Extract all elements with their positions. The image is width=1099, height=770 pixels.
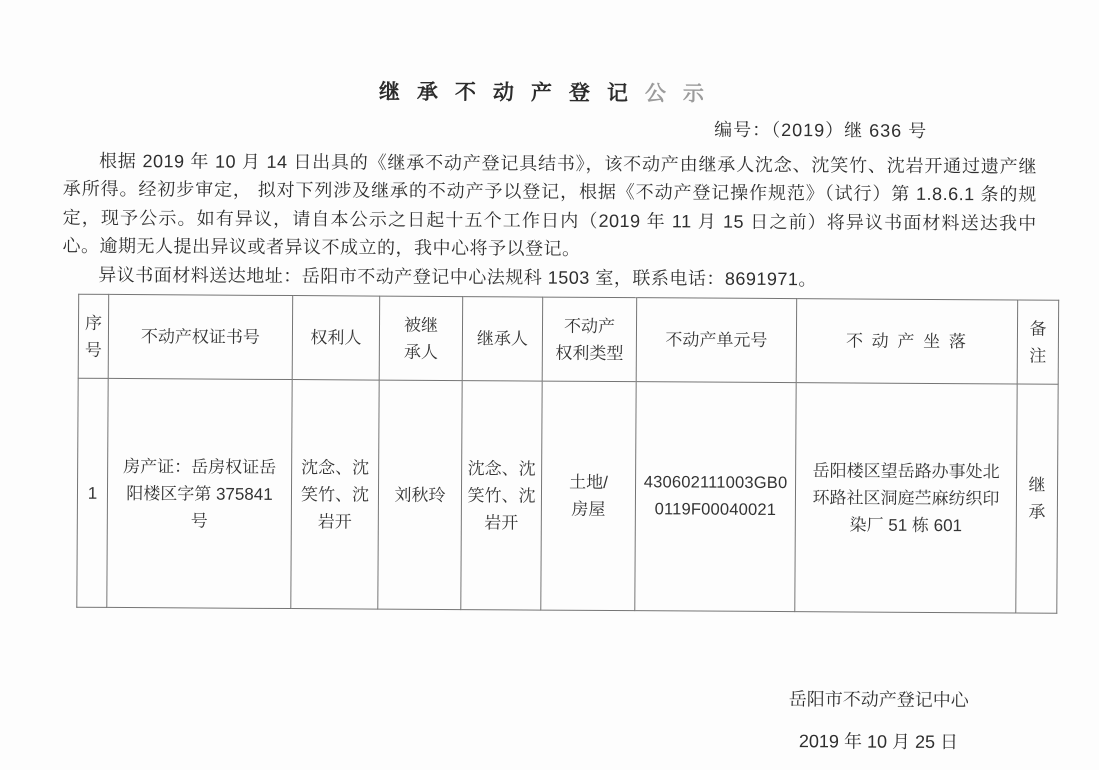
- notice-paragraph: 根据 2019 年 10 月 14 日出具的《继承不动产登记具结书》，该不动产由…: [62, 147, 1037, 267]
- col-header-seq: 序 号: [78, 294, 109, 378]
- issuer-signature: 岳阳市不动产登记中心: [729, 686, 1029, 714]
- document-number: 编号：（2019）继 636 号: [0, 111, 1099, 144]
- cell-location: 岳阳楼区望岳路办事处北 环路社区洞庭苎麻纺织印 染厂 51 栋 601: [795, 383, 1017, 613]
- col-header-location: 不 动 产 坐 落: [796, 299, 1018, 384]
- scanned-document-page: 继承不动产登记公示 编号：（2019）继 636 号 根据 2019 年 10 …: [0, 0, 1099, 770]
- cell-remark: 继 承: [1016, 384, 1058, 613]
- col-header-cert-no: 不动产权证书号: [108, 294, 293, 379]
- title-main-text: 继承不动产登记: [379, 81, 645, 106]
- cell-cert-no: 房产证：岳房权证岳 阳楼区字第 375841 号: [107, 378, 292, 608]
- col-header-remark: 备 注: [1017, 300, 1059, 384]
- col-header-right-type: 不动产 权利类型: [542, 297, 637, 382]
- page-title: 继承不动产登记公示: [0, 73, 1099, 110]
- cell-heirs: 沈念、沈 笑竹、沈 岩开: [461, 381, 542, 610]
- cell-right-holder: 沈念、沈 笑竹、沈 岩开: [291, 380, 379, 610]
- col-header-heirs: 继承人: [462, 297, 543, 381]
- table-row: 1 房产证：岳房权证岳 阳楼区字第 375841 号 沈念、沈 笑竹、沈 岩开 …: [77, 378, 1058, 613]
- col-header-right-holder: 权利人: [292, 296, 380, 381]
- title-light-text: 公示: [645, 82, 721, 105]
- document-content: 继承不动产登记公示 编号：（2019）继 636 号 根据 2019 年 10 …: [0, 73, 1099, 614]
- table-header-row: 序 号 不动产权证书号 权利人 被继 承人 继承人 不动产 权利类型 不动产单元…: [78, 294, 1058, 384]
- cell-unit-no: 430602111003GB0 0119F00040021: [635, 382, 796, 612]
- document-footer: 岳阳市不动产登记中心 2019 年 10 月 25 日: [728, 686, 1028, 756]
- col-header-unit-no: 不动产单元号: [636, 298, 797, 383]
- address-paragraph: 异议书面材料送达地址：岳阳市不动产登记中心法规科 1503 室，联系电话：869…: [62, 260, 1036, 294]
- col-header-decedent: 被继 承人: [379, 296, 463, 381]
- cell-right-type: 土地/ 房屋: [541, 381, 636, 611]
- cell-seq: 1: [77, 378, 108, 607]
- issue-date: 2019 年 10 月 25 日: [728, 728, 1028, 756]
- records-table: 序 号 不动产权证书号 权利人 被继 承人 继承人 不动产 权利类型 不动产单元…: [76, 294, 1059, 614]
- cell-decedent: 刘秋玲: [378, 380, 462, 610]
